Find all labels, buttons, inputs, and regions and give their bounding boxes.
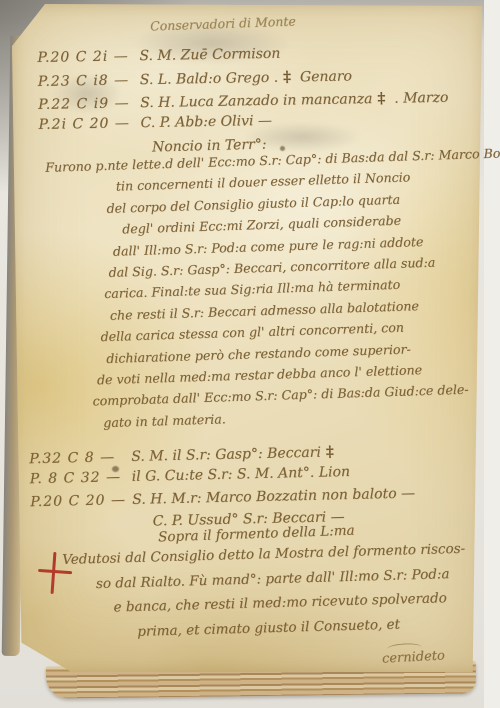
paragraph-formento: Vedutosi dal Consiglio detto la Mostra d… bbox=[0, 540, 500, 652]
person-name: S. L. Bald:o Grego . bbox=[140, 70, 279, 88]
month-label: . Marzo bbox=[394, 90, 448, 107]
top-ballot-list: P.20 C 2i — S. M. Zuē Cormison P.23 C i8… bbox=[37, 42, 488, 139]
votes-count: P. 8 C 32 — bbox=[30, 469, 132, 487]
cross-mark-icon: ‡ bbox=[326, 442, 334, 460]
person-name: C. P. Abb:e Olivi — bbox=[140, 113, 272, 131]
votes-count bbox=[31, 526, 133, 528]
ink-blot bbox=[280, 146, 285, 151]
votes-count: P.20 C 20 — bbox=[30, 492, 132, 510]
paragraph-noncio: Furono p.nte lette.d dell' Ecc:mo S.r: C… bbox=[0, 146, 500, 440]
bottom-ballot-list: P.32 C 8 — S. M. il S.r: Gasp°: Beccari … bbox=[29, 439, 491, 539]
votes-count: P.32 C 8 — bbox=[29, 449, 131, 467]
person-name: S. M. Zuē Cormison bbox=[139, 46, 280, 64]
votes-count: P.20 C 2i — bbox=[37, 48, 139, 66]
scan-background: Conservadori di Monte P.20 C 2i — S. M. … bbox=[0, 0, 500, 708]
votes-count: P.23 C i8 — bbox=[38, 73, 140, 91]
month-label: Genaro bbox=[300, 69, 352, 86]
person-name: S. M. il S.r: Gasp°: Beccari bbox=[131, 445, 321, 465]
cross-mark-icon: ‡ bbox=[283, 68, 291, 86]
votes-count: P.22 C i9 — bbox=[38, 95, 140, 113]
person-name: S. H. Luca Zanzado in mancanza bbox=[140, 91, 372, 111]
cross-mark-icon: ‡ bbox=[377, 89, 385, 107]
votes-count: P.2i C 20 — bbox=[38, 115, 140, 133]
